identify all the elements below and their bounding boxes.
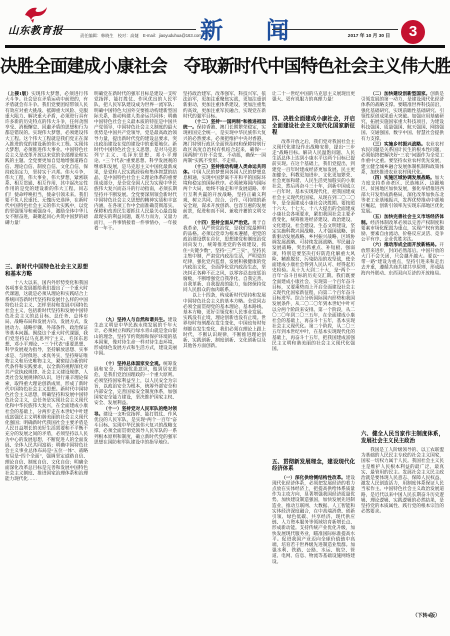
- paragraph: 让二十一世纪中国的马克思主义展现出更强大、更有说服力的真理力量！: [272, 91, 355, 102]
- header-rule-right: [272, 29, 398, 30]
- paragraph: （十）坚持总体国家安全观。统筹发展和安全，增强忧患意识，做到居安思危，是我们党治…: [94, 361, 177, 406]
- header-rule-left: [62, 29, 196, 30]
- page-number-badge: 3: [401, 20, 425, 44]
- column-5: （二）加快建设创新型国家。创新是引领发展的第一动力，是建设现代化经济体系的战略支…: [361, 91, 444, 626]
- paragraph: （十三）坚持推动构建人类命运共同体。中国人民的梦想同各国人民的梦想息息相通，实现…: [183, 164, 266, 220]
- continued-from-marker: （上接1版）: [5, 91, 31, 96]
- page-section-title: 新 闻: [190, 12, 280, 45]
- paragraph: （六）推动形成全面开放新格局。开放带来进步，封闭必然落后。中国开放的大门不会关闭…: [361, 242, 444, 276]
- paragraph: （十一）坚持党对人民军队的绝对领导。建设一支听党指挥、能打胜仗、作风优良的人民军…: [94, 406, 177, 445]
- paragraph: （九）坚持人与自然和谐共生。建设生态文明是中华民族永续发展的千年大计。必须树立和…: [94, 317, 177, 356]
- section-heading-3: 三、新时代中国特色社会主义思想和基本方略: [5, 264, 88, 278]
- paragraph: （三）实施乡村振兴战略。农业农村农民问题是关系国计民生的根本性问题，必须始终把解…: [361, 141, 444, 175]
- continued-on-marker: （下转4版）: [412, 612, 440, 619]
- section-heading-5: 五、贯彻新发展理念，建设现代化经济体系: [272, 459, 355, 473]
- publication-date: 2017 年 10 月 30 日: [338, 32, 400, 39]
- paragraph: （二）加快建设创新型国家。创新是引领发展的第一动力，是建设现代化经济体系的战略支…: [361, 91, 444, 141]
- column-4: 让二十一世纪中国的马克思主义展现出更强大、更有说服力的真理力量！ 四、决胜全面建…: [272, 91, 355, 626]
- masthead: 山东教育报: [8, 3, 78, 45]
- paragraph: 以上十四条，构成新时代坚持和发展中国特色社会主义的基本方略。全党同志必须全面贯彻…: [183, 293, 266, 349]
- paragraph: （十四）坚持全面从严治党。勇于自我革命，从严管党治党，是我们党最鲜明的品格。必须…: [183, 220, 266, 293]
- paragraph: 我国是工人阶级领导的、以工农联盟为基础的人民民主专政的社会主义国家，国家一切权力…: [361, 447, 444, 514]
- section-heading-4: 四、决胜全面建成小康社会，开启全面建设社会主义现代化国家新征程: [272, 116, 355, 136]
- column-3: 坚持政治建军、改革强军、科技兴军、依法治军，更加注重聚焦实战，更加注重创新驱动，…: [183, 91, 266, 626]
- paragraph: （上接1版）实现伟大梦想，必须进行伟大斗争。社会是在矛盾运动中前进的，有矛盾就会…: [5, 91, 88, 225]
- article-body: （上接1版）实现伟大梦想，必须进行伟大斗争。社会是在矛盾运动中前进的，有矛盾就会…: [5, 91, 445, 626]
- paragraph: （十二）坚持“一国两制”和推进祖国统一。保持香港、澳门长期繁荣稳定，实现祖国完全…: [183, 119, 266, 164]
- paragraph: 明确党在新时代的强军目标是建设一支听党指挥、能打胜仗、作风优良的人民军队，把人民…: [94, 91, 177, 231]
- section-heading-6: 六、健全人民当家作主制度体系，发展社会主义民主政治: [361, 431, 444, 445]
- header-divider: [5, 45, 445, 48]
- paragraph: （四）实施区域协调发展战略。加大力度支持革命老区、民族地区、边疆地区、贫困地区加…: [361, 175, 444, 214]
- newspaper-page: 山东教育报 责任编辑：韩晓生 校对：高婕 E-mail：jiaoyuduhua@…: [0, 0, 450, 636]
- paper-name: 山东教育报: [8, 23, 78, 38]
- paragraph: 十八大以来，国内外形势变化和我国各项事业发展都给我们提出了一个重大时代课题，这就…: [5, 280, 88, 482]
- paragraph: 改革开放之后，我们党对我国社会主义现代化建设作出战略安排，提出“三步走”战略目标…: [272, 139, 355, 352]
- paragraph: 坚持政治建军、改革强军、科技兴军、依法治军，更加注重聚焦实战，更加注重创新驱动，…: [183, 91, 266, 119]
- paragraph: （一）深化供给侧结构性改革。建设现代化经济体系，必须把发展经济的着力点放在实体经…: [272, 475, 355, 565]
- column-1: （上接1版）实现伟大梦想，必须进行伟大斗争。社会是在矛盾运动中前进的，有矛盾就会…: [5, 91, 88, 626]
- main-headline: 决胜全面建成小康社会 夺取新时代中国特色社会主义伟大胜利: [0, 53, 450, 78]
- masthead-bird-icon: [22, 5, 48, 23]
- column-2: 明确党在新时代的强军目标是建设一支听党指挥、能打胜仗、作风优良的人民军队，把人民…: [94, 91, 177, 626]
- paragraph: （五）加快完善社会主义市场经济体制。经济体制改革必须以完善产权制度和要素市场化配…: [361, 214, 444, 242]
